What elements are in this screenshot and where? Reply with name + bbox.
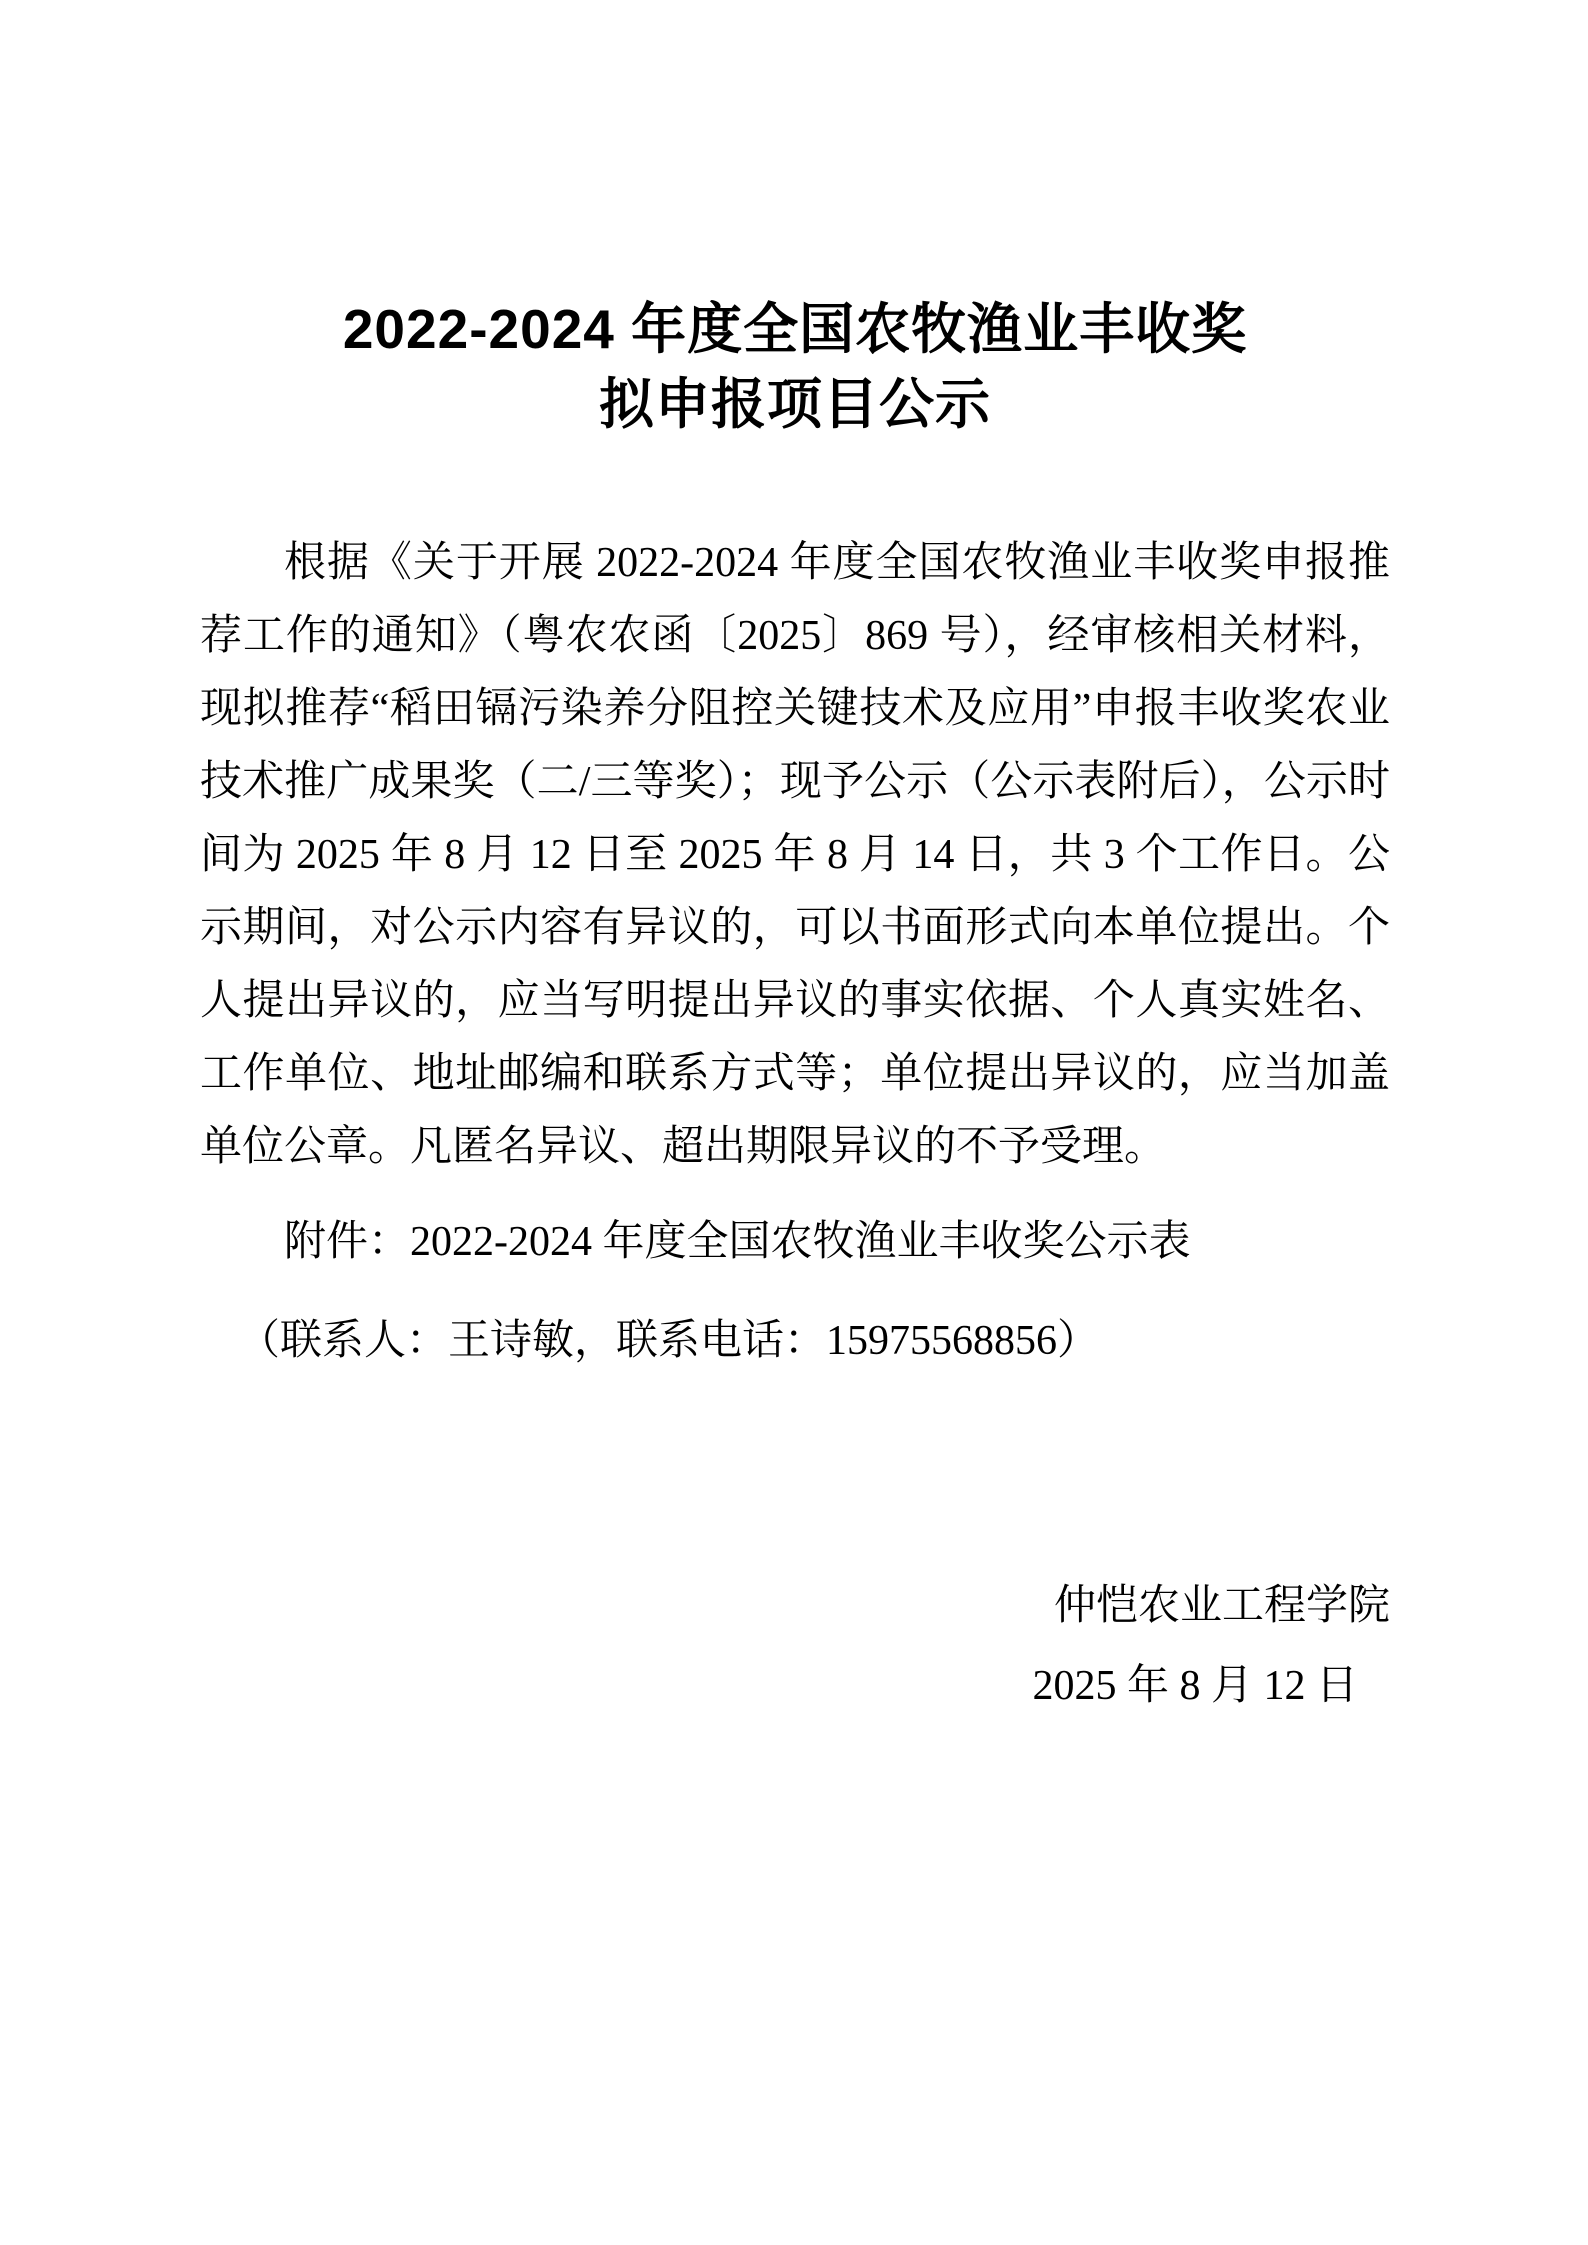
attachment-line: 附件：2022-2024 年度全国农牧渔业丰收奖公示表 xyxy=(200,1206,1390,1279)
document-page: 2022-2024 年度全国农牧渔业丰收奖 拟申报项目公示 根据《关于开展 20… xyxy=(0,0,1588,2245)
signature-organization: 仲恺农业工程学院 xyxy=(200,1566,1390,1646)
signature-date: 2025 年 8 月 12 日 xyxy=(200,1646,1390,1726)
body-paragraph: 根据《关于开展 2022-2024 年度全国农牧渔业丰收奖申报推荐工作的通知》（… xyxy=(200,527,1390,1184)
document-body: 根据《关于开展 2022-2024 年度全国农牧渔业丰收奖申报推荐工作的通知》（… xyxy=(200,527,1390,1378)
signature-block: 仲恺农业工程学院 2025 年 8 月 12 日 xyxy=(200,1566,1390,1726)
document-title-line1: 2022-2024 年度全国农牧渔业丰收奖 xyxy=(200,292,1390,367)
document-title: 2022-2024 年度全国农牧渔业丰收奖 拟申报项目公示 xyxy=(200,292,1390,442)
document-title-line2: 拟申报项目公示 xyxy=(200,367,1390,442)
contact-line: （联系人：王诗敏，联系电话：15975568856） xyxy=(200,1305,1390,1378)
